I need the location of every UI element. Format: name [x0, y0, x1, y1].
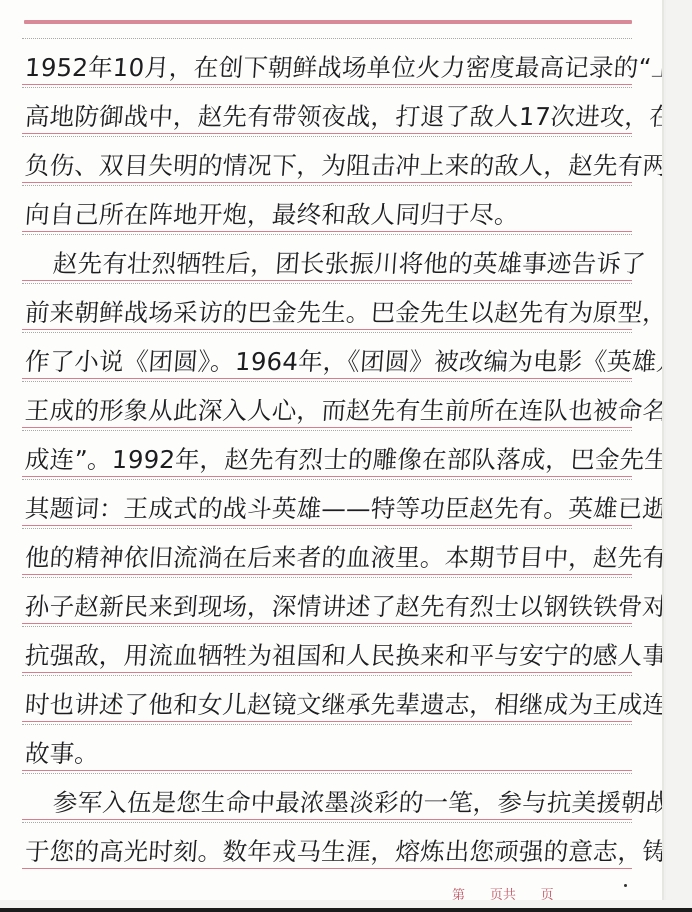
- line-text: 于您的高光时刻。数年戎马生涯，熔炼出您顽强的意志，铸就了您: [24, 838, 634, 866]
- text-line: 抗强敌，用流血牺牲为祖国和人民换来和平与安宁的感人事迹，同: [22, 626, 632, 675]
- text-line: 赵先有壮烈牺牲后，团长张振川将他的英雄事迹告诉了: [22, 234, 632, 283]
- line-text: 1952年10月，在创下朝鲜战场单位火力密度最高记录的“上甘岭”: [24, 54, 634, 82]
- text-line: 作了小说《团圆》。1964年，《团圆》被改编为电影《英雄儿女》，: [22, 332, 632, 381]
- base-rule: [22, 182, 632, 183]
- base-rule: [22, 378, 632, 379]
- text-line: 负伤、双目失明的情况下，为阻击冲上来的敌人，赵先有两次请求团长: [22, 136, 632, 185]
- text-line: 参军入伍是您生命中最浓墨淡彩的一笔，参与抗美援朝战争更是属: [22, 773, 632, 822]
- text-line: 孙子赵新民来到现场，深情讲述了赵先有烈士以钢铁铁骨对: [22, 577, 632, 626]
- ruled-paper-page: 1952年10月，在创下朝鲜战场单位火力密度最高记录的“上甘岭” 高地防御战中，…: [0, 0, 662, 900]
- text-line: 时也讲述了他和女儿赵镜文继承先辈遗志，相继成为王成连一员的动人: [22, 675, 632, 724]
- text-line: 其题词：王成式的战斗英雄——特等功臣赵先有。英雄已逝，但: [22, 479, 632, 528]
- base-rule: [22, 819, 632, 820]
- base-rule: [22, 672, 632, 673]
- dotted-rule: [22, 283, 632, 284]
- dotted-rule: [22, 38, 632, 39]
- dotted-rule: [22, 185, 632, 186]
- line-text: 参军入伍是您生命中最浓墨淡彩的一笔，参与抗美援朝战争更是属: [52, 789, 634, 817]
- dotted-rule: [22, 479, 632, 480]
- dotted-rule: [22, 430, 632, 431]
- dotted-rule: [22, 332, 632, 333]
- base-rule: [22, 868, 632, 869]
- text-line: 故事。: [22, 724, 632, 773]
- base-rule: [22, 525, 632, 526]
- text-line: 成连”。1992年，赵先有烈士的雕像在部队落成，巴金先生特意为: [22, 430, 632, 479]
- dotted-rule: [22, 87, 632, 88]
- line-text: 向自己所在阵地开炮，最终和敌人同归于尽。: [24, 201, 634, 229]
- line-text: 负伤、双目失明的情况下，为阻击冲上来的敌人，赵先有两次请求团长: [24, 152, 634, 180]
- page-number-footer: 第 页共 页: [452, 884, 554, 900]
- base-rule: [22, 280, 632, 281]
- line-text: 高地防御战中，赵先有带领夜战，打退了敌人17次进攻，在五次: [24, 103, 634, 131]
- base-rule: [22, 476, 632, 477]
- dotted-rule: [22, 136, 632, 137]
- line-text: 故事。: [24, 740, 634, 768]
- base-rule: [22, 770, 632, 771]
- text-line: 向自己所在阵地开炮，最终和敌人同归于尽。: [22, 185, 632, 234]
- base-rule: [22, 427, 632, 428]
- dotted-rule: [22, 577, 632, 578]
- text-line: 于您的高光时刻。数年戎马生涯，熔炼出您顽强的意志，铸就了您: [22, 822, 632, 871]
- base-rule: [22, 623, 632, 624]
- dotted-rule: [22, 234, 632, 235]
- base-rule: [22, 721, 632, 722]
- line-text: 作了小说《团圆》。1964年，《团圆》被改编为电影《英雄儿女》，: [24, 348, 634, 376]
- line-text: 前来朝鲜战场采访的巴金先生。巴金先生以赵先有为原型，创: [24, 299, 634, 327]
- dotted-rule: [22, 773, 632, 774]
- text-line: 1952年10月，在创下朝鲜战场单位火力密度最高记录的“上甘岭”: [22, 38, 632, 87]
- base-rule: [22, 84, 632, 85]
- text-line: 前来朝鲜战场采访的巴金先生。巴金先生以赵先有为原型，创: [22, 283, 632, 332]
- line-text: 王成的形象从此深入人心，而赵先有生前所在连队也被命名为“王: [24, 397, 634, 425]
- line-text: 其题词：王成式的战斗英雄——特等功臣赵先有。英雄已逝，但: [24, 495, 634, 523]
- dotted-rule: [22, 528, 632, 529]
- dotted-rule: [22, 381, 632, 382]
- text-line: 他的精神依旧流淌在后来者的血液里。本期节目中，赵先有烈士的: [22, 528, 632, 577]
- text-line: 王成的形象从此深入人心，而赵先有生前所在连队也被命名为“王: [22, 381, 632, 430]
- line-text: 抗强敌，用流血牺牲为祖国和人民换来和平与安宁的感人事迹，同: [24, 642, 634, 670]
- dotted-rule: [22, 675, 632, 676]
- line-text: 他的精神依旧流淌在后来者的血液里。本期节目中，赵先有烈士的: [24, 544, 634, 572]
- base-rule: [22, 231, 632, 232]
- trailing-dot: [624, 884, 627, 887]
- line-text: 成连”。1992年，赵先有烈士的雕像在部队落成，巴金先生特意为: [24, 446, 634, 474]
- base-rule: [22, 133, 632, 134]
- page-fold-crease: [0, 0, 33, 7]
- text-line: 高地防御战中，赵先有带领夜战，打退了敌人17次进攻，在五次: [22, 87, 632, 136]
- scan-bottom-edge: [0, 908, 692, 912]
- line-text: 时也讲述了他和女儿赵镜文继承先辈遗志，相继成为王成连一员的动人: [24, 691, 634, 719]
- dotted-rule: [22, 626, 632, 627]
- top-red-rule: [24, 20, 632, 24]
- line-text: 孙子赵新民来到现场，深情讲述了赵先有烈士以钢铁铁骨对: [24, 593, 634, 621]
- dotted-rule: [22, 724, 632, 725]
- footer-page-unit-label: 页共: [490, 884, 516, 900]
- base-rule: [22, 329, 632, 330]
- base-rule: [22, 574, 632, 575]
- footer-page-label: 第: [452, 884, 465, 900]
- line-text: 赵先有壮烈牺牲后，团长张振川将他的英雄事迹告诉了: [52, 250, 634, 278]
- footer-total-unit-label: 页: [541, 884, 554, 900]
- dotted-rule: [22, 822, 632, 823]
